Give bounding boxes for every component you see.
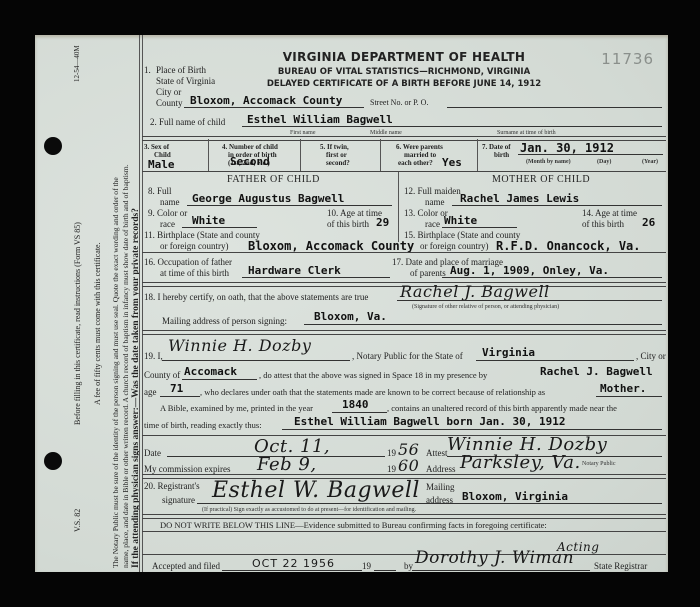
signature-caption: (Signature of other relative of person, … [412,302,559,312]
mother-age-value: 26 [642,216,655,229]
father-age-label-b: of this birth [327,219,369,229]
divider [142,171,666,172]
reading-label: time of birth, reading exactly thus: [144,420,262,430]
parents-divider [398,172,399,242]
street-label: Street No. or P. O. [370,98,428,108]
informant-signature: Rachel J. Bagwell [400,282,550,301]
mother-race-value: White [444,214,477,227]
margin-instructions: 12-54—40M V.S. 82 Before filling in this… [38,40,138,570]
city-label: City or [156,87,181,97]
notary-state-value: Virginia [482,346,535,359]
instruction-fee: A fee of fifty cents must come with this… [93,242,102,405]
state-registrar-label: State Registrar [594,561,647,571]
day-caption: (Day) [597,157,611,167]
registrant-label-b: signature [162,495,195,505]
footer-year-prefix: 19 [362,561,371,571]
mother-age-label-b: of this birth [582,219,624,229]
place-of-birth-value: Bloxom, Accomack County [190,94,342,107]
mother-name-label: 12. Full maiden [404,186,461,196]
accepted-label: Accepted and filed [152,561,220,571]
date-year-prefix: 19 [387,448,396,458]
notary-prefix: 19. I, [144,351,163,361]
state-label: State of Virginia [156,76,215,86]
registrar-signature: Dorothy J. Wiman [415,548,574,568]
mother-birthplace-value: R.F.D. Onancock, Va. [496,239,641,253]
registrant-mailing-value: Bloxom, Virginia [462,490,568,503]
married-label-c: each other? [398,158,433,168]
father-heading: FATHER OF CHILD [227,174,320,185]
registrant-mailing-label-b: address [426,495,453,505]
sex-value: Male [148,158,175,171]
birth-date-label-b: birth [494,150,509,160]
form-code: 12-54—40M [73,45,81,82]
attest-text: , do attest that the above was signed in… [259,370,487,380]
mother-name-label-b: name [425,197,445,207]
notary-address-value: Parksley, Va. [460,452,581,473]
instruction-bible: name, place, and date in Bible or other … [121,164,130,568]
notary-text: , Notary Public for the State of [352,351,463,361]
father-birthplace-label: 11. Birthplace (State and county [144,230,260,240]
child-name-label: 2. Full name of child [150,117,225,127]
bible-text-b: , contains an unaltered record of this b… [387,403,617,413]
mother-race-label: 13. Color or [404,208,448,218]
twin-label-c: second? [326,158,350,168]
accepted-date-stamp: OCT 22 1956 [252,557,335,570]
divider [142,554,666,555]
notary-date-label: Date [144,448,161,458]
certificate-number: 11736 [601,50,654,68]
father-occupation-label: 16. Occupation of father [144,257,232,267]
father-race-label: 9. Color or [148,208,187,218]
county-label: County [156,98,183,108]
birth-order-value: Second [230,155,270,168]
married-value: Yes [442,156,462,169]
father-name-value: George Augustus Bagwell [192,192,344,205]
divider [142,330,666,335]
acting-note: Acting [557,540,599,554]
father-race-label-b: race [160,219,175,229]
certify-label: 18. I hereby certify, on oath, that the … [144,292,368,302]
father-birthplace-label-b: or foreign country) [160,241,228,251]
commission-expires-label: My commission expires [144,464,231,474]
notary-county-value: Accomack [184,365,237,378]
year-caption: (Year) [642,157,658,167]
registrant-label: 20. Registrant's [144,481,200,491]
mother-race-label-b: race [425,219,440,229]
do-not-write-notice: DO NOT WRITE BELOW THIS LINE—Evidence su… [160,520,547,530]
notary-county-label: County of [144,370,180,380]
declarant-age-value: 71 [170,382,183,395]
bible-text: A Bible, examined by me, printed in the … [160,403,313,413]
form-subtitle: DELAYED CERTIFICATE OF A BIRTH BEFORE JU… [142,79,666,89]
commission-expires-year: 60 [398,456,419,475]
birth-date-value: Jan. 30, 1912 [520,141,614,155]
divider [142,514,666,519]
mother-heading: MOTHER OF CHILD [492,174,590,185]
certificate-form: VIRGINIA DEPARTMENT OF HEALTH BUREAU OF … [142,40,666,570]
month-caption: (Month by name) [526,157,571,167]
mother-age-label: 14. Age at time [582,208,637,218]
father-name-label-b: name [160,197,180,207]
form-bureau: BUREAU OF VITAL STATISTICS—RICHMOND, VIR… [142,67,666,77]
marriage-label-b: of parents [410,268,446,278]
mailing-address-value: Bloxom, Va. [314,310,387,323]
registrant-signature: Esthel W. Bagwell [212,478,420,503]
mother-name-value: Rachel James Lewis [460,192,579,205]
margin-rule [139,35,140,572]
notary-name-signature: Winnie H. Dozby [168,336,311,355]
form-id: V.S. 82 [73,509,82,532]
mother-birthplace-label-b: or foreign country) [420,241,488,251]
attest-label: Attest [426,448,448,458]
father-name-label: 8. Full [148,186,172,196]
father-race-value: White [192,214,225,227]
place-of-birth-label: Place of Birth [156,65,206,75]
registrant-mailing-label: Mailing [426,482,455,492]
declares-text: , who declares under oath that the state… [200,387,545,397]
divider [142,531,666,532]
notary-public-caption: Notary Public [582,459,616,469]
mailing-address-label: Mailing address of person signing: [162,316,287,326]
expires-year-prefix: 19 [387,464,396,474]
city-or-label: , City or [636,351,666,361]
bible-year-value: 1840 [342,398,369,411]
instruction-notary: The Notary Public must be sure of the id… [111,177,120,568]
notary-address-label: Address [426,464,456,474]
father-occupation-value: Hardware Clerk [248,264,341,277]
bible-reading-value: Esthel William Bagwell born Jan. 30, 191… [294,415,566,428]
marriage-value: Aug. 1, 1909, Onley, Va. [450,264,609,277]
declarant-age-label: age [144,387,157,397]
father-age-label: 10. Age at time [327,208,382,218]
signed-by-value: Rachel J. Bagwell [540,365,653,378]
father-birthplace-value: Bloxom, Accomack County [248,239,414,253]
relationship-value: Mother. [600,382,646,395]
commission-expires-value: Feb 9, [257,454,317,475]
divider [142,252,666,253]
child-name-value: Esthel William Bagwell [247,113,393,126]
father-age-value: 29 [376,216,389,229]
instruction-before-filling: Before filling in this certificate, read… [73,222,82,425]
form-title: VIRGINIA DEPARTMENT OF HEALTH [142,50,666,64]
father-occupation-label-b: at time of this birth [160,268,229,278]
